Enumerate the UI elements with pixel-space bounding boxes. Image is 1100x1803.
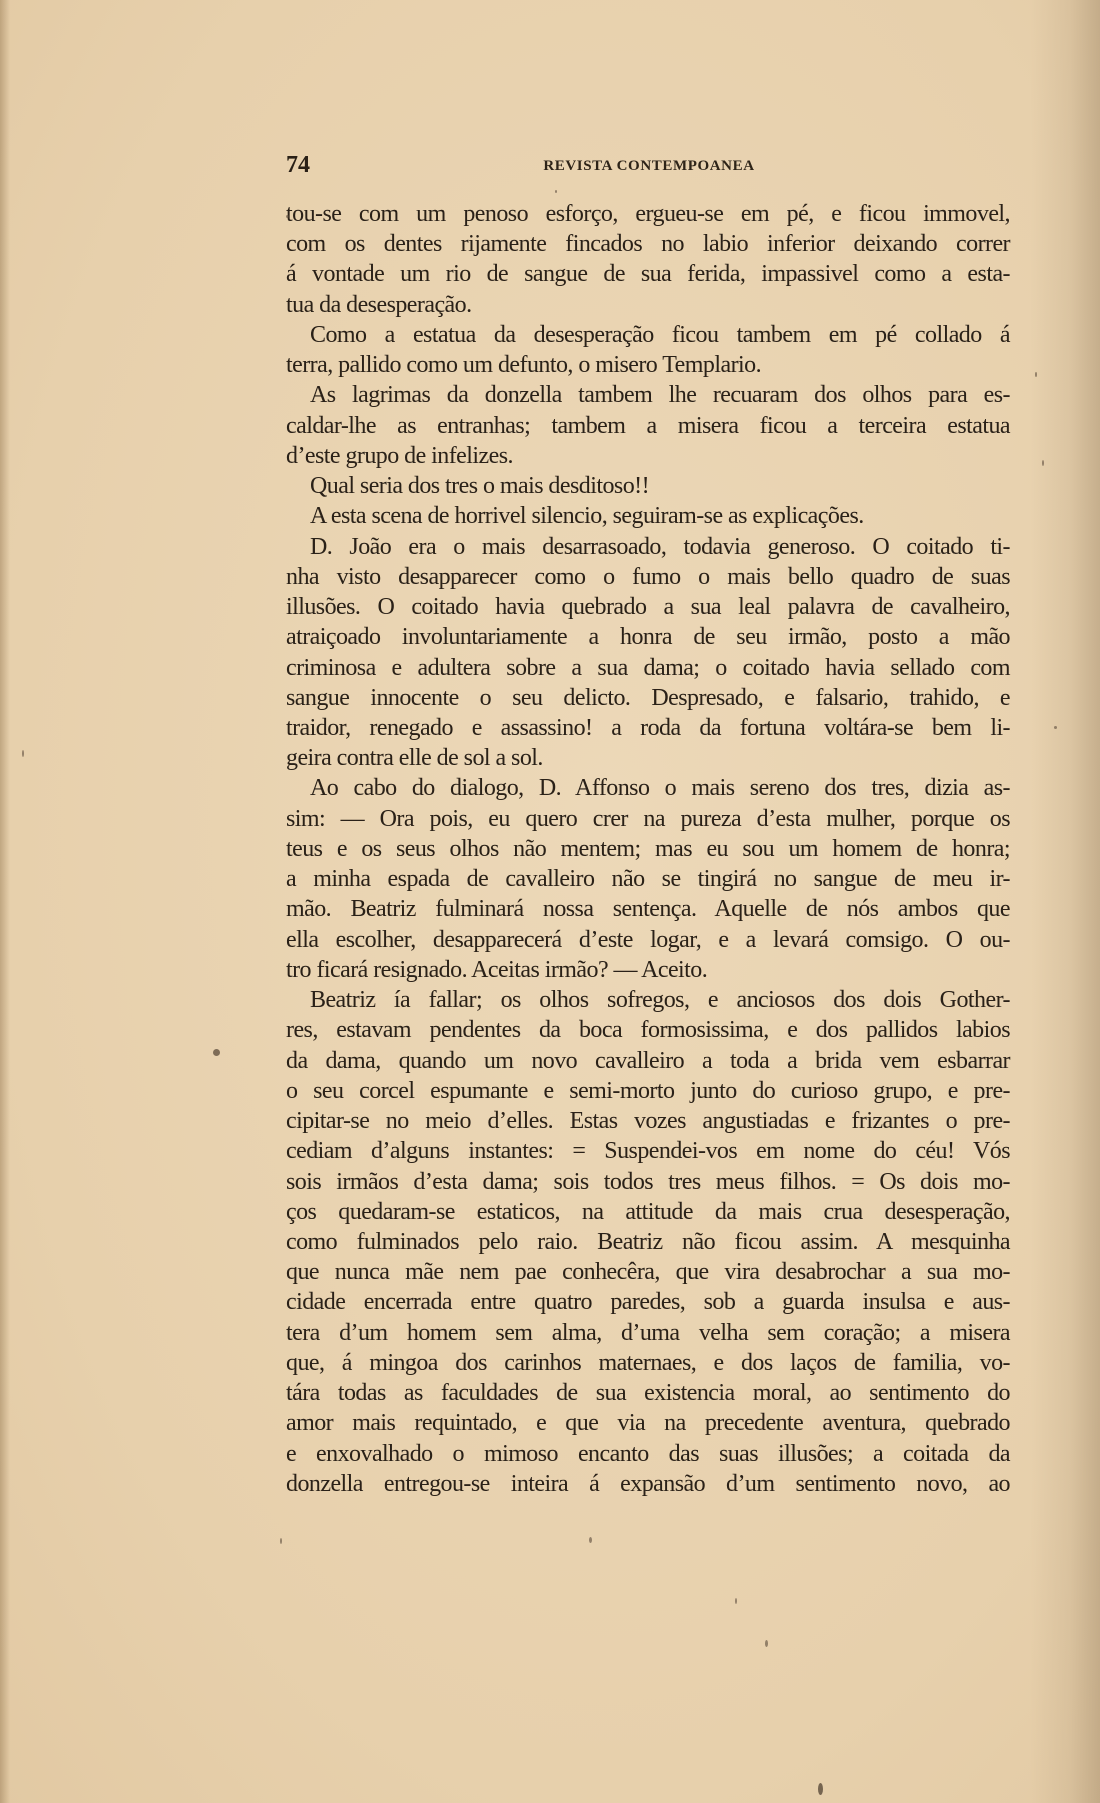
text-line: geira contra elle de sol a sol.	[286, 743, 1010, 773]
text-line: tou-se com um penoso esforço, ergueu-se …	[286, 199, 1010, 229]
text-line: As lagrimas da donzella tambem lhe recua…	[286, 380, 1010, 410]
paper-speck	[213, 1049, 220, 1056]
text-line: como fulminados pelo raio. Beatriz não f…	[286, 1227, 1010, 1257]
text-line: tera d’um homem sem alma, d’uma velha se…	[286, 1318, 1010, 1348]
text-line: que, á mingoa dos carinhos maternaes, e …	[286, 1348, 1010, 1378]
page-number: 74	[286, 152, 310, 178]
paper-speck	[765, 1640, 768, 1647]
text-line: da dama, quando um novo cavalleiro a tod…	[286, 1046, 1010, 1076]
body-text: tou-se com um penoso esforço, ergueu-se …	[286, 199, 1010, 1499]
text-line: Beatriz ía fallar; os olhos sofregos, e …	[286, 985, 1010, 1015]
text-line: cediam d’alguns instantes: = Suspendei-v…	[286, 1136, 1010, 1166]
text-line: com os dentes rijamente fincados no labi…	[286, 229, 1010, 259]
text-line: sim: — Ora pois, eu quero crer na pureza…	[286, 804, 1010, 834]
text-line: tára todas as faculdades de sua existenc…	[286, 1378, 1010, 1408]
text-line: á vontade um rio de sangue de sua ferida…	[286, 259, 1010, 289]
text-line: que nunca mãe nem pae conhecêra, que vir…	[286, 1257, 1010, 1287]
text-line: res, estavam pendentes da boca formosiss…	[286, 1015, 1010, 1045]
text-line: d’este grupo de infelizes.	[286, 441, 1010, 471]
text-line: cidade encerrada entre quatro paredes, s…	[286, 1287, 1010, 1317]
text-line: atraiçoado involuntariamente a honra de …	[286, 622, 1010, 652]
paper-speck	[286, 215, 289, 218]
text-line: o seu corcel espumante e semi-morto junt…	[286, 1076, 1010, 1106]
text-line: tro ficará resignado. Aceitas irmão? — A…	[286, 955, 1010, 985]
text-line: mão. Beatriz fulminará nossa sentença. A…	[286, 894, 1010, 924]
paper-speck	[555, 190, 557, 193]
text-line: criminosa e adultera sobre a sua dama; o…	[286, 653, 1010, 683]
text-line: terra, pallido como um defunto, o misero…	[286, 350, 1010, 380]
scanned-page: 74 REVISTA CONTEMPOANEA tou-se com um pe…	[0, 0, 1100, 1803]
text-line: donzella entregou-se inteira á expansão …	[286, 1469, 1010, 1499]
text-line: teus e os seus olhos não mentem; mas eu …	[286, 834, 1010, 864]
paper-speck	[1042, 460, 1044, 466]
text-line: Qual seria dos tres o mais desditoso!!	[286, 471, 1010, 501]
paper-speck	[589, 1537, 592, 1543]
text-line: Como a estatua da desesperação ficou tam…	[286, 320, 1010, 350]
text-line: cipitar-se no meio d’elles. Estas vozes …	[286, 1106, 1010, 1136]
paper-speck	[1035, 372, 1037, 377]
text-line: e enxovalhado o mimoso encanto das suas …	[286, 1439, 1010, 1469]
paper-speck	[1054, 726, 1057, 729]
text-line: Ao cabo do dialogo, D. Affonso o mais se…	[286, 773, 1010, 803]
text-line: traidor, renegado e assassino! a roda da…	[286, 713, 1010, 743]
text-line: tua da desesperação.	[286, 290, 1010, 320]
text-line: D. João era o mais desarrasoado, todavia…	[286, 532, 1010, 562]
paper-speck	[735, 1598, 737, 1604]
text-line: ços quedaram-se estaticos, na attitude d…	[286, 1197, 1010, 1227]
paper-speck	[22, 750, 24, 757]
text-line: sois irmãos d’esta dama; sois todos tres…	[286, 1167, 1010, 1197]
text-line: caldar-lhe as entranhas; tambem a misera…	[286, 411, 1010, 441]
text-line: amor mais requintado, e que via na prece…	[286, 1408, 1010, 1438]
paper-speck	[280, 1538, 282, 1544]
text-line: ella escolher, desapparecerá d’este loga…	[286, 925, 1010, 955]
text-line: sangue innocente o seu delicto. Despresa…	[286, 683, 1010, 713]
text-line: nha visto desapparecer como o fumo o mai…	[286, 562, 1010, 592]
text-line: illusões. O coitado havia quebrado a sua…	[286, 592, 1010, 622]
text-line: a minha espada de cavalleiro não se ting…	[286, 864, 1010, 894]
text-line: A esta scena de horrivel silencio, segui…	[286, 501, 1010, 531]
journal-title: REVISTA CONTEMPOANEA	[533, 157, 765, 175]
paper-speck	[818, 1783, 823, 1795]
running-head: 74 REVISTA CONTEMPOANEA	[286, 152, 1010, 178]
